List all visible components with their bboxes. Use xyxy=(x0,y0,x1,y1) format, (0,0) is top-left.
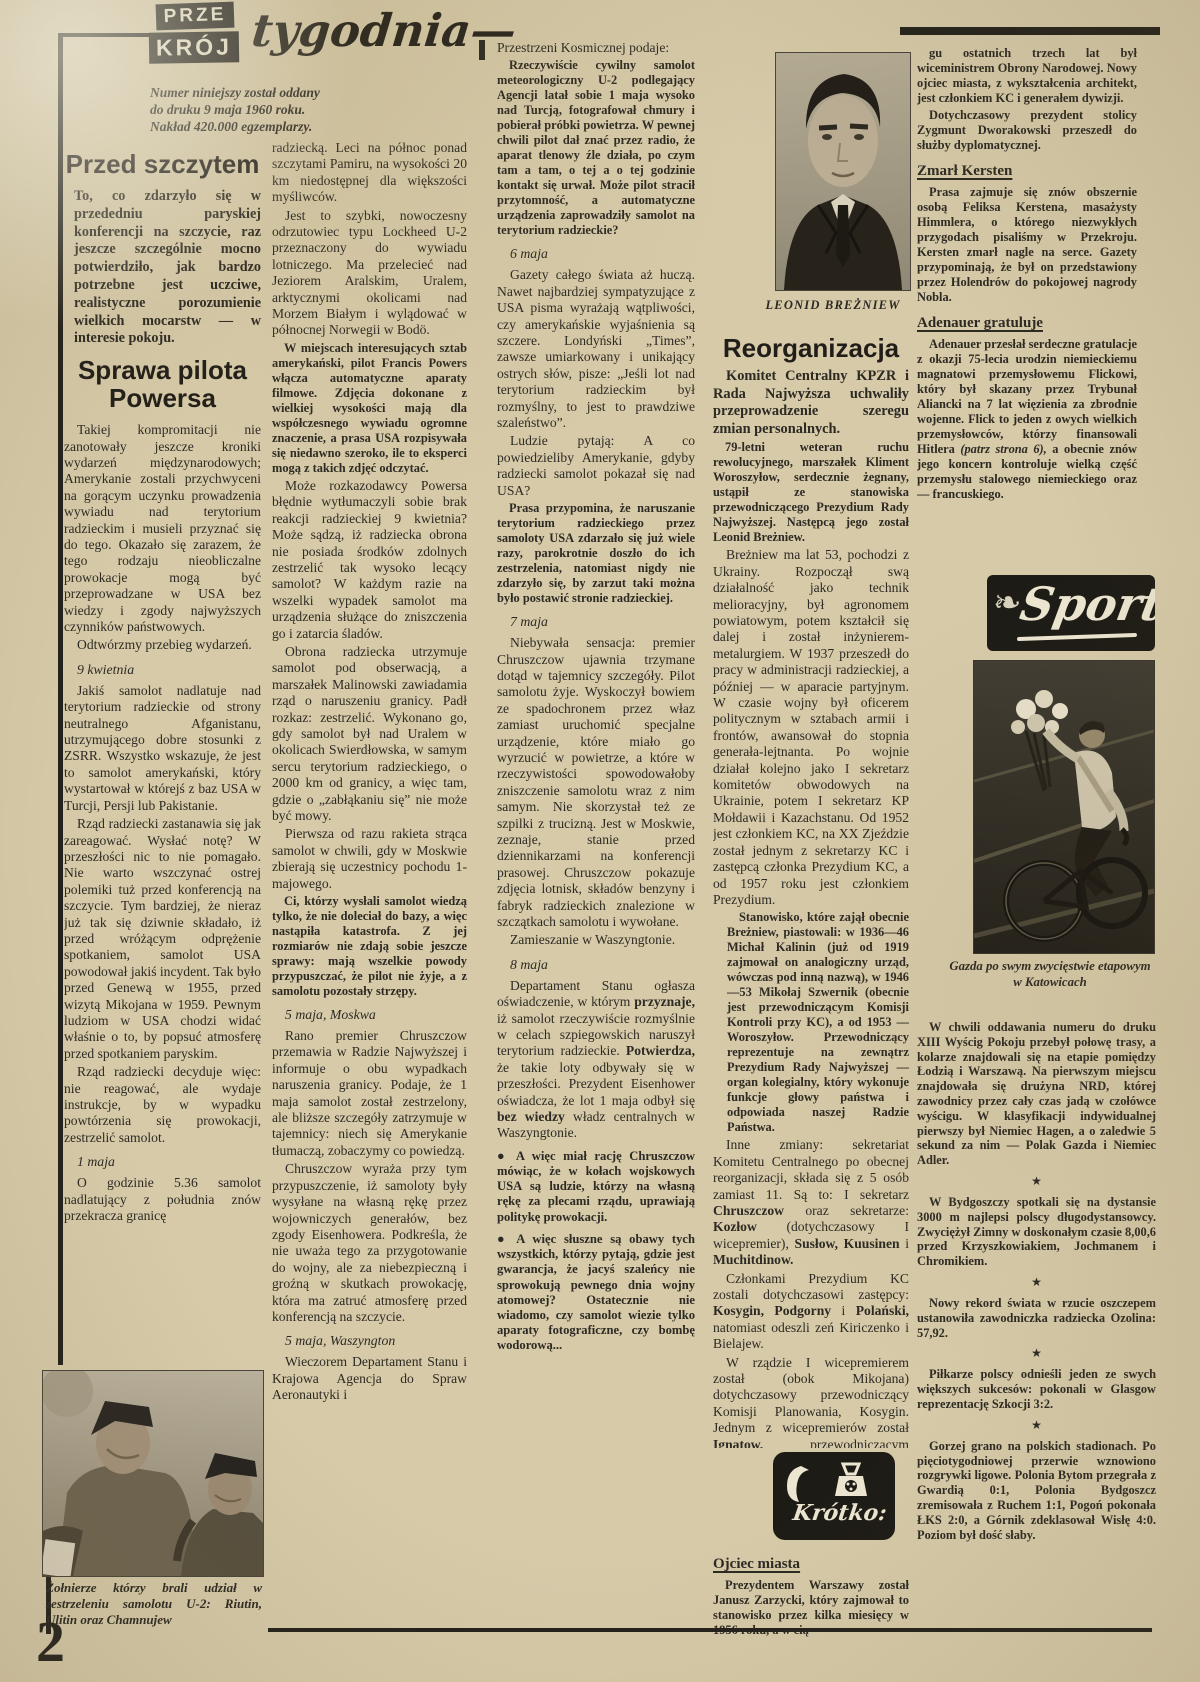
newspaper-page: PRZE KRÓJ tygodnia— Numer niniejszy zost… xyxy=(0,0,1200,1682)
paragraph: Rano premier Chruszczow przemawia w Radz… xyxy=(272,1028,467,1159)
paragraph: Rzeczywiście cywilny samolot meteorologi… xyxy=(497,58,695,238)
heading-ojciec-miasta: Ojciec miasta xyxy=(713,1556,909,1573)
date-line: 5 maja, Moskwa xyxy=(272,1007,467,1023)
print-notice-line: do druku 9 maja 1960 roku. xyxy=(150,101,440,118)
heading-sprawa-pilota: Sprawa pilota Powersa xyxy=(64,356,261,412)
paragraph: gu ostatnich trzech lat był wiceministre… xyxy=(917,46,1137,106)
paragraph: Takiej kompromitacji nie zanotowały jesz… xyxy=(64,422,261,635)
heading-zmarl-kersten: Zmarł Kersten xyxy=(917,163,1137,180)
date-line: 1 maja xyxy=(64,1154,261,1170)
heading-przed-szczytem: Przed szczytem xyxy=(64,150,261,178)
paragraph: Komitet Centralny KPZR i Rada Najwyższa … xyxy=(713,368,909,438)
paragraph: Gazety całego świata aż huczą. Nawet naj… xyxy=(497,267,695,431)
corner-rule-horizontal xyxy=(58,33,155,37)
paragraph: Adenauer przesłał serdeczne gratulacje z… xyxy=(917,337,1137,502)
bottom-rule xyxy=(268,1628,1152,1632)
date-line: 6 maja xyxy=(497,246,695,262)
paragraph: Pierwsza od razu rakieta strąca samolot … xyxy=(272,826,467,892)
paragraph: Ludzie pytają: A co powiedzieliby Ameryk… xyxy=(497,433,695,499)
sport-logo-underline xyxy=(1017,633,1137,641)
przekroj-logo-bottom: KRÓJ xyxy=(149,31,240,64)
paragraph: Niebywała sensacja: premier Chruszczow u… xyxy=(497,635,695,930)
cyclist-caption: Gazda po swym zwycięstwie etapowym w Kat… xyxy=(947,958,1153,990)
paragraph: W Bydgoszczy spotkali się na dystansie 3… xyxy=(917,1195,1156,1269)
top-right-rule xyxy=(900,27,1160,35)
print-notice: Numer niniejszy został oddany do druku 9… xyxy=(150,84,440,135)
reorganizacja-text: Komitet Centralny KPZR i Rada Najwyższa … xyxy=(713,368,909,1448)
star-separator: ★ xyxy=(917,1174,1156,1189)
print-notice-line: Nakład 420.000 egzemplarzy. xyxy=(150,118,440,135)
date-line: 8 maja xyxy=(497,957,695,973)
paragraph: Rząd radziecki decyduje więc: nie reagow… xyxy=(64,1064,261,1146)
paragraph: Obrona radziecka utrzymuje samolot pod o… xyxy=(272,644,467,824)
paragraph: Prasa przypomina, że naruszanie terytori… xyxy=(497,501,695,606)
paragraph: Odtwórzmy przebieg wydarzeń. xyxy=(64,637,261,653)
paragraph: ● A więc słuszne są obawy tych wszystkic… xyxy=(497,1232,695,1354)
paragraph: Członkami Prezydium KC zostali dotychcza… xyxy=(713,1271,909,1353)
paragraph: Wieczorem Departament Stanu i Krajowa Ag… xyxy=(272,1354,467,1403)
date-line: 9 kwietnia xyxy=(64,662,261,678)
paragraph: Dotychczasowy prezydent stolicy Zygmunt … xyxy=(917,108,1137,153)
sport-news-text: W chwili oddawania numeru do druku XIII … xyxy=(917,1020,1156,1620)
paragraph: Prasa zajmuje się znów obszernie osobą F… xyxy=(917,185,1137,305)
soldiers-photo xyxy=(42,1370,264,1577)
paragraph: To, co zdarzyło się w przededniu paryski… xyxy=(64,188,261,348)
paragraph: radziecką. Leci na północ ponad szczytam… xyxy=(272,140,467,206)
paragraph: Chruszczow wyraża przy tym przypuszczeni… xyxy=(272,1161,467,1325)
paragraph: Zamieszanie w Waszyngtonie. xyxy=(497,932,695,948)
paragraph: Rząd radziecki zastanawia się jak zareag… xyxy=(64,816,261,1062)
heading-adenauer: Adenauer gratuluje xyxy=(917,315,1137,332)
paragraph: Jest to szybki, nowoczesny odrzutowiec t… xyxy=(272,208,467,339)
star-separator: ★ xyxy=(917,1275,1156,1290)
date-line: 7 maja xyxy=(497,614,695,630)
paragraph: Stanowisko, które zajął obecnie Breżniew… xyxy=(727,910,909,1135)
paragraph: ● A więc miał rację Chruszczow mówiąc, ż… xyxy=(497,1149,695,1225)
breznev-caption: LEONID BREŻNIEW xyxy=(743,297,923,313)
paragraph: 79-letni weteran ruchu rewolucyjnego, ma… xyxy=(713,440,909,545)
ojciec-miasta-section: Ojciec miastaPrezydentem Warszawy został… xyxy=(713,1546,909,1666)
paragraph: Piłkarze polscy odnieśli jeden ze swych … xyxy=(917,1367,1156,1411)
paragraph: Może rozkazodawcy Powersa błędnie wytłum… xyxy=(272,478,467,642)
soldiers-caption: Żołnierze którzy brali udział w zestrzel… xyxy=(46,1580,262,1629)
heading-reorganizacja: Reorganizacja xyxy=(713,334,909,362)
cyclist-photo xyxy=(973,660,1155,954)
paragraph: Gorzej grano na polskich stadionach. Po … xyxy=(917,1439,1156,1543)
column-3: Przestrzeni Kosmicznej podaje:Rzeczywiśc… xyxy=(497,40,695,1625)
paragraph: Jakiś samolot nadlatuje nad terytorium r… xyxy=(64,683,261,814)
star-separator: ★ xyxy=(917,1346,1156,1361)
column-2: radziecką. Leci na północ ponad szczytam… xyxy=(272,140,467,1628)
paragraph: W miejscach interesujących sztab ameryka… xyxy=(272,341,467,476)
telephone-icon xyxy=(787,1466,809,1502)
paragraph: W chwili oddawania numeru do druku XIII … xyxy=(917,1020,1156,1168)
krotko-logo: Krótko: xyxy=(773,1452,895,1540)
date-line: 5 maja, Waszyngton xyxy=(272,1333,467,1349)
column-5: gu ostatnich trzech lat był wiceministre… xyxy=(917,40,1157,1636)
paragraph: Departament Stanu ogłasza oświadczenie, … xyxy=(497,978,695,1142)
paragraph: Przestrzeni Kosmicznej podaje: xyxy=(497,40,695,56)
paragraph: O godzinie 5.36 samolot nadlatujący z po… xyxy=(64,1175,261,1224)
star-separator: ★ xyxy=(917,1418,1156,1433)
column-4: LEONID BREŻNIEW Reorganizacja Komitet Ce… xyxy=(713,52,909,1644)
column-1: Przed szczytemTo, co zdarzyło się w prze… xyxy=(64,142,261,1367)
print-notice-line: Numer niniejszy został oddany xyxy=(150,84,440,101)
paragraph: Inne zmiany: sekretariat Komitetu Centra… xyxy=(713,1137,909,1268)
sport-logo: ❧ Sport xyxy=(987,575,1155,651)
paragraph: W rządzie I wicepremierem został (obok M… xyxy=(713,1355,909,1448)
column-5-top-text: gu ostatnich trzech lat był wiceministre… xyxy=(917,46,1137,568)
corner-rule-vertical xyxy=(58,33,63,1365)
paragraph: Ci, którzy wysłali samolot wiedzą tylko,… xyxy=(272,894,467,999)
sport-logo-label: Sport xyxy=(1016,577,1155,631)
paragraph: Nowy rekord świata w rzucie oszczepem us… xyxy=(917,1296,1156,1340)
paragraph: Breżniew ma lat 53, pochodzi z Ukrainy. … xyxy=(713,547,909,908)
page-number: 2 xyxy=(36,1608,65,1675)
przekroj-logo-top: PRZE xyxy=(156,2,235,31)
breznev-photo xyxy=(775,52,911,291)
sport-logo-ornament: ❧ xyxy=(993,583,1022,623)
krotko-label: Krótko: xyxy=(791,1500,888,1526)
